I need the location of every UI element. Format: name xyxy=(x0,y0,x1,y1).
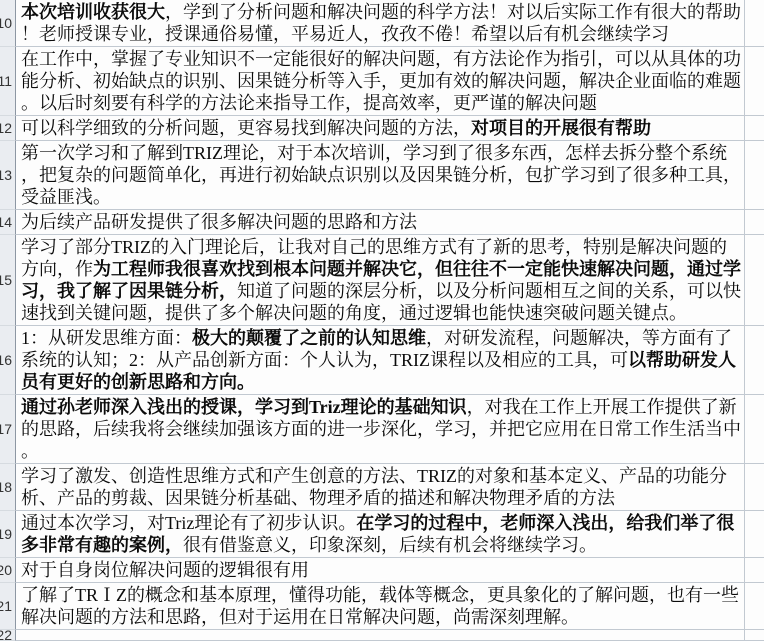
empty-cell-gutter[interactable] xyxy=(745,583,764,630)
cell-text[interactable]: 1：从研发思维方面：极大的颠覆了之前的认知思维，对研发流程，问题解决，等方面有了… xyxy=(16,326,745,395)
row-number[interactable]: 17 xyxy=(0,395,16,464)
row-number[interactable]: 21 xyxy=(0,583,16,630)
empty-cell-gutter[interactable] xyxy=(745,116,764,141)
text-segment: 1：从研发思维方面： xyxy=(21,328,192,348)
cell-text[interactable]: 学习了部分TRIZ的入门理论后，让我对自己的思维方式有了新的思考，特别是解决问题… xyxy=(16,235,745,326)
empty-cell-gutter[interactable] xyxy=(745,558,764,583)
row-number[interactable]: 10 xyxy=(0,0,16,47)
cell-text[interactable]: 通过孙老师深入浅出的授课，学习到Triz理论的基础知识，对我在工作上开展工作提供… xyxy=(16,395,745,464)
empty-cell-gutter[interactable] xyxy=(745,141,764,210)
text-segment: 学习了激发、创造性思维方式和产生创意的方法、TRIZ的对象和基本定义、产品的功能… xyxy=(21,466,727,508)
text-segment: 了解了TRＩZ的概念和基本原理，懂得功能，载体等概念，更具象化的了解问题，也有一… xyxy=(21,585,739,627)
spreadsheet-grid: 10本次培训收获很大，学到了分析问题和解决问题的科学方法！对以后实际工作有很大的… xyxy=(0,0,764,641)
text-segment: 为后续产品研发提供了很多解决问题的思路和方法 xyxy=(21,212,417,232)
table-row: 20对于自身岗位解决问题的逻辑很有用 xyxy=(0,558,764,583)
bold-text-segment: 极大的颠覆了之前的认知思维 xyxy=(192,328,426,348)
table-row: 15学习了部分TRIZ的入门理论后，让我对自己的思维方式有了新的思考，特别是解决… xyxy=(0,235,764,326)
empty-cell-gutter[interactable] xyxy=(745,326,764,395)
table-row: 161：从研发思维方面：极大的颠覆了之前的认知思维，对研发流程，问题解决，等方面… xyxy=(0,326,764,395)
cell-text[interactable]: 对于自身岗位解决问题的逻辑很有用 xyxy=(16,558,745,583)
text-segment: 在工作中，掌握了专业知识不一定能很好的解决问题，有方法论作为指引，可以从具体的功… xyxy=(21,49,741,113)
cell-text[interactable]: 通过本次学习，对Triz理论有了初步认识。在学习的过程中，老师深入浅出，给我们举… xyxy=(16,511,745,558)
cell-text[interactable]: 在工作中，掌握了专业知识不一定能很好的解决问题，有方法论作为指引，可以从具体的功… xyxy=(16,47,745,116)
text-segment: 可以科学细致的分析问题，更容易找到解决问题的方法， xyxy=(21,118,471,138)
table-row: 13第一次学习和了解到TRIZ理论，对于本次培训，学习到了很多东西，怎样去拆分整… xyxy=(0,141,764,210)
row-number[interactable]: 14 xyxy=(0,210,16,235)
table-row: 19通过本次学习，对Triz理论有了初步认识。在学习的过程中，老师深入浅出，给我… xyxy=(0,511,764,558)
bold-text-segment: 通过孙老师深入浅出的授课，学习到Triz理论的基础知识 xyxy=(21,397,467,417)
row-number[interactable]: 15 xyxy=(0,235,16,326)
table-row: 21了解了TRＩZ的概念和基本原理，懂得功能，载体等概念，更具象化的了解问题，也… xyxy=(0,583,764,630)
cell-text[interactable]: 可以科学细致的分析问题，更容易找到解决问题的方法，对项目的开展很有帮助 xyxy=(16,116,745,141)
row-number[interactable]: 20 xyxy=(0,558,16,583)
row-number[interactable]: 22 xyxy=(0,630,16,641)
row-number[interactable]: 13 xyxy=(0,141,16,210)
cell-text[interactable]: 为后续产品研发提供了很多解决问题的思路和方法 xyxy=(16,210,745,235)
row-number[interactable]: 16 xyxy=(0,326,16,395)
bold-text-segment: 对项目的开展很有帮助 xyxy=(471,118,651,138)
table-row: 22 xyxy=(0,630,764,641)
bold-text-segment: 本次培训收获很大 xyxy=(21,2,165,22)
empty-cell-gutter[interactable] xyxy=(745,395,764,464)
empty-cell-gutter[interactable] xyxy=(745,47,764,116)
row-number[interactable]: 12 xyxy=(0,116,16,141)
text-segment: 对于自身岗位解决问题的逻辑很有用 xyxy=(21,560,309,580)
cell-text[interactable]: 学习了激发、创造性思维方式和产生创意的方法、TRIZ的对象和基本定义、产品的功能… xyxy=(16,464,745,511)
empty-cell-gutter[interactable] xyxy=(745,511,764,558)
row-number[interactable]: 19 xyxy=(0,511,16,558)
cell-text[interactable]: 本次培训收获很大，学到了分析问题和解决问题的科学方法！对以后实际工作有很大的帮助… xyxy=(16,0,745,47)
text-segment: 通过本次学习，对Triz理论有了初步认识。 xyxy=(21,513,356,533)
text-segment: 第一次学习和了解到TRIZ理论，对于本次培训，学习到了很多东西，怎样去拆分整个系… xyxy=(21,143,741,207)
table-row: 14为后续产品研发提供了很多解决问题的思路和方法 xyxy=(0,210,764,235)
cell-text[interactable] xyxy=(16,630,745,641)
empty-cell-gutter[interactable] xyxy=(745,235,764,326)
table-row: 12可以科学细致的分析问题，更容易找到解决问题的方法，对项目的开展很有帮助 xyxy=(0,116,764,141)
table-row: 10本次培训收获很大，学到了分析问题和解决问题的科学方法！对以后实际工作有很大的… xyxy=(0,0,764,47)
table-row: 11在工作中，掌握了专业知识不一定能很好的解决问题，有方法论作为指引，可以从具体… xyxy=(0,47,764,116)
text-segment: 很有借鉴意义，印象深刻，后续有机会将继续学习。 xyxy=(183,535,597,555)
cell-text[interactable]: 第一次学习和了解到TRIZ理论，对于本次培训，学习到了很多东西，怎样去拆分整个系… xyxy=(16,141,745,210)
empty-cell-gutter[interactable] xyxy=(745,0,764,47)
empty-cell-gutter[interactable] xyxy=(745,210,764,235)
cell-text[interactable]: 了解了TRＩZ的概念和基本原理，懂得功能，载体等概念，更具象化的了解问题，也有一… xyxy=(16,583,745,630)
row-number[interactable]: 18 xyxy=(0,464,16,511)
row-number[interactable]: 11 xyxy=(0,47,16,116)
table-row: 18学习了激发、创造性思维方式和产生创意的方法、TRIZ的对象和基本定义、产品的… xyxy=(0,464,764,511)
table-row: 17通过孙老师深入浅出的授课，学习到Triz理论的基础知识，对我在工作上开展工作… xyxy=(0,395,764,464)
empty-cell-gutter[interactable] xyxy=(745,630,764,641)
empty-cell-gutter[interactable] xyxy=(745,464,764,511)
